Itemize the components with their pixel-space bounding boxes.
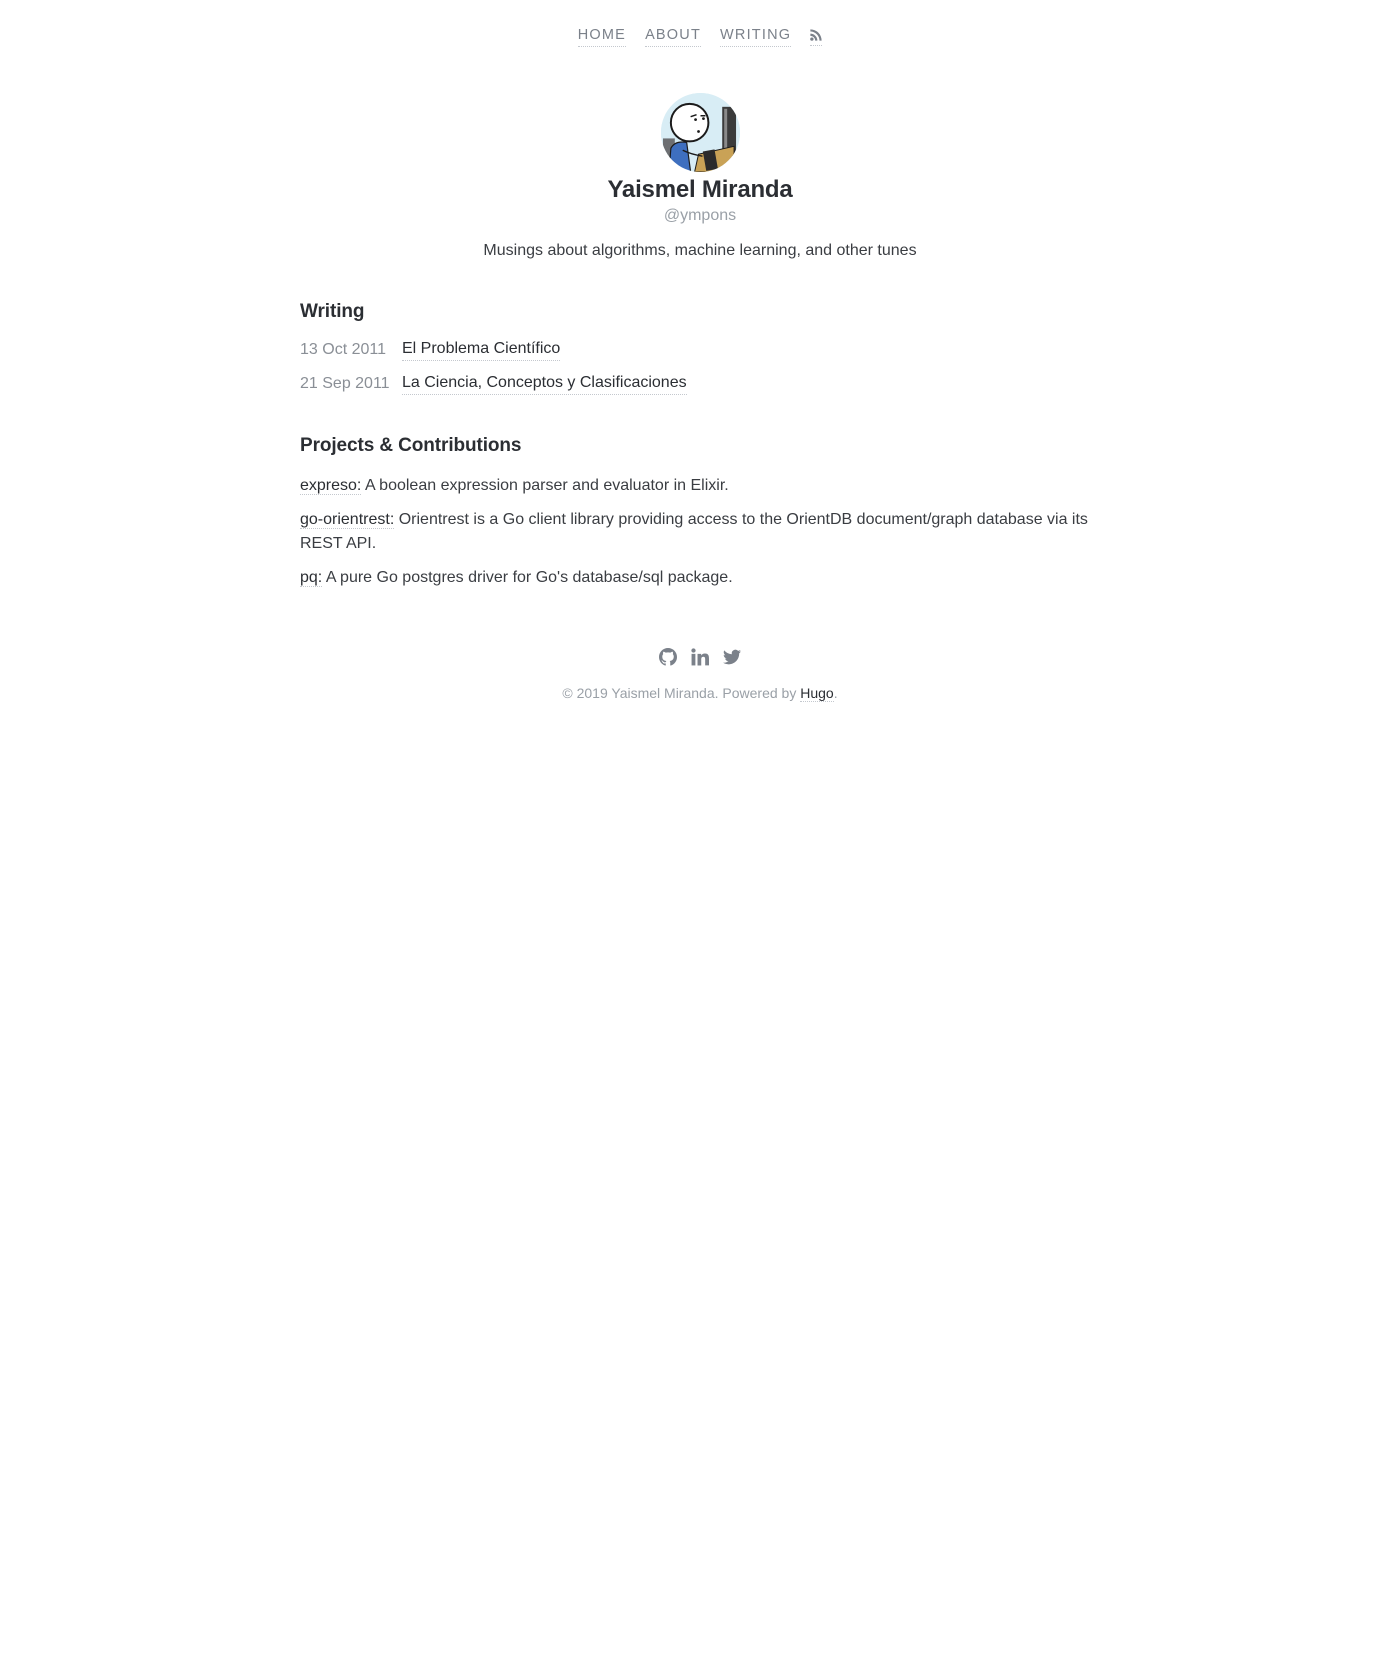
nav-home-link[interactable]: HOME <box>578 26 626 47</box>
post-link[interactable]: El Problema Científico <box>402 339 560 361</box>
writing-heading: Writing <box>300 300 1100 324</box>
project-item: pq: A pure Go postgres driver for Go's d… <box>300 566 1100 590</box>
project-item: expreso: A boolean expression parser and… <box>300 474 1100 498</box>
post-item: 21 Sep 2011 La Ciencia, Conceptos y Clas… <box>300 373 1100 395</box>
post-date: 13 Oct 2011 <box>300 339 402 361</box>
post-item: 13 Oct 2011 El Problema Científico <box>300 339 1100 361</box>
social-links <box>0 648 1400 666</box>
post-list: 13 Oct 2011 El Problema Científico 21 Se… <box>300 339 1100 395</box>
linkedin-icon <box>691 648 709 666</box>
projects-heading: Projects & Contributions <box>300 434 1100 458</box>
copyright-text: © 2019 Yaismel Miranda. Powered by <box>562 685 800 701</box>
avatar-illustration <box>661 93 740 172</box>
site-tagline: Musings about algorithms, machine learni… <box>0 240 1400 262</box>
github-link[interactable] <box>659 648 677 666</box>
post-link[interactable]: La Ciencia, Conceptos y Clasificaciones <box>402 373 687 395</box>
nav-writing-link[interactable]: WRITING <box>720 26 791 47</box>
writing-section: Writing 13 Oct 2011 El Problema Científi… <box>300 300 1100 395</box>
github-icon <box>659 648 677 666</box>
linkedin-link[interactable] <box>691 648 709 666</box>
twitter-link[interactable] <box>723 648 741 666</box>
copyright: © 2019 Yaismel Miranda. Powered by Hugo. <box>0 683 1400 703</box>
project-description: Orientrest is a Go client library provid… <box>300 511 1088 552</box>
project-link-go-orientrest[interactable]: go-orientrest: <box>300 511 394 529</box>
post-date: 21 Sep 2011 <box>300 373 402 395</box>
project-link-expreso[interactable]: expreso: <box>300 477 361 495</box>
project-link-pq[interactable]: pq: <box>300 569 322 587</box>
project-list: expreso: A boolean expression parser and… <box>300 474 1100 590</box>
project-item: go-orientrest: Orientrest is a Go client… <box>300 508 1100 556</box>
projects-section: Projects & Contributions expreso: A bool… <box>300 434 1100 590</box>
author-handle: @ympons <box>0 206 1400 226</box>
author-name: Yaismel Miranda <box>0 175 1400 205</box>
profile-header: Yaismel Miranda @ympons Musings about al… <box>0 93 1400 262</box>
project-description: A boolean expression parser and evaluato… <box>361 477 728 494</box>
nav-rss-link[interactable] <box>810 28 822 46</box>
top-nav: HOME ABOUT WRITING <box>0 0 1400 48</box>
copyright-suffix: . <box>834 685 838 701</box>
nav-about-link[interactable]: ABOUT <box>645 26 701 47</box>
main-content: Writing 13 Oct 2011 El Problema Científi… <box>300 300 1100 590</box>
project-description: A pure Go postgres driver for Go's datab… <box>322 569 732 586</box>
avatar <box>661 93 740 172</box>
twitter-icon <box>723 648 741 666</box>
hugo-link[interactable]: Hugo <box>800 685 833 702</box>
site-footer: © 2019 Yaismel Miranda. Powered by Hugo. <box>0 648 1400 703</box>
rss-icon <box>810 29 822 41</box>
